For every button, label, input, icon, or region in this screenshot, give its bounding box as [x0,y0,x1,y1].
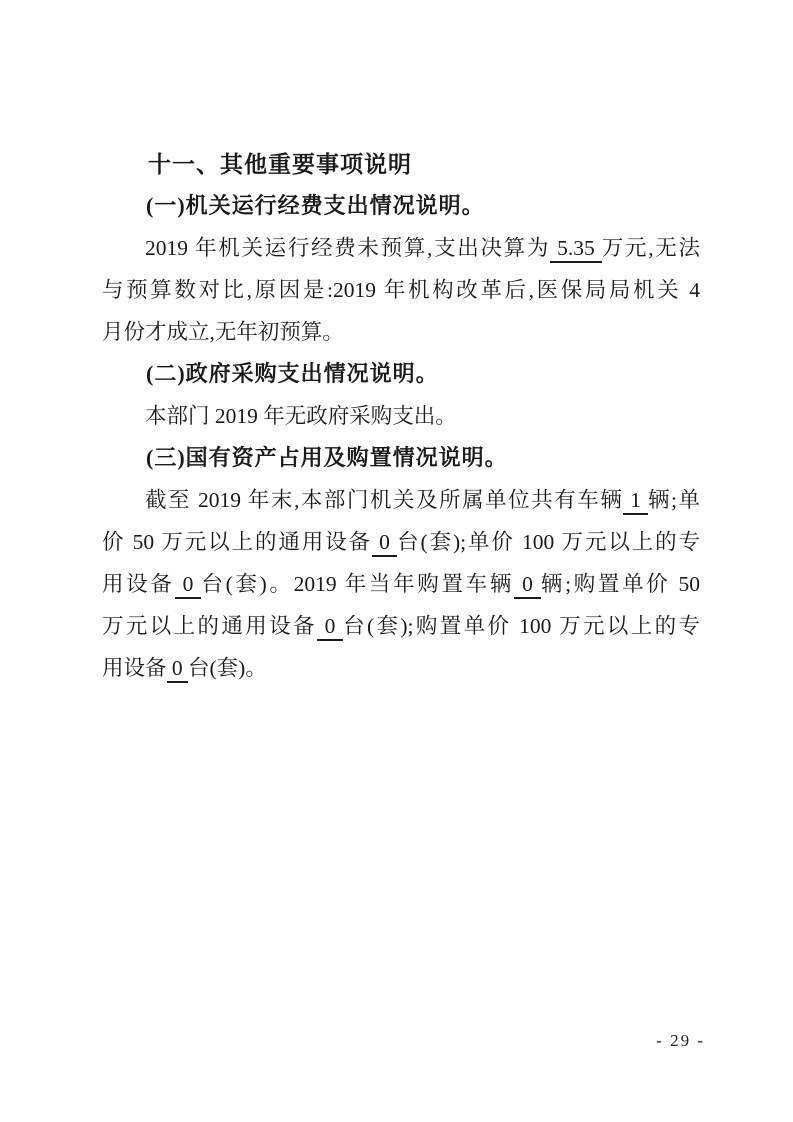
underlined-value-vehicles-owned: 1 [623,488,648,515]
document-title: 十一、其他重要事项说明 [102,143,700,185]
underlined-value-special-equipment-purchased: 0 [167,656,189,683]
text-segment: 用设备 [102,656,167,680]
text-segment: 与预算数对比,原因是:2019 年机构改革后,医保局局机关 4 [102,278,700,302]
text-segment: 台(套);单价 100 万元以上的专 [397,530,700,554]
paragraph-line: 本部门 2019 年无政府采购支出。 [102,395,700,437]
underlined-value-operating-expense: 5.35 [550,236,602,263]
paragraph-line: 截至 2019 年末,本部门机关及所属单位共有车辆 1 辆;单 [102,479,700,521]
underlined-value-special-equipment: 0 [175,572,202,599]
text-segment: 万元,无法 [602,236,700,260]
section-heading-1: (一)机关运行经费支出情况说明。 [102,185,700,227]
text-segment: 台(套)。2019 年当年购置车辆 [201,572,514,596]
paragraph-line: 用设备 0 台(套)。2019 年当年购置车辆 0 辆;购置单价 50 [102,563,700,605]
page-number: - 29 - [656,1031,705,1051]
text-segment: 月份才成立,无年初预算。 [102,320,344,344]
text-segment: 台(套);购置单价 100 万元以上的专 [343,614,700,638]
document-page: 十一、其他重要事项说明 (一)机关运行经费支出情况说明。 2019 年机关运行经… [0,0,793,1122]
section-heading-2: (二)政府采购支出情况说明。 [102,353,700,395]
paragraph-line: 价 50 万元以上的通用设备 0 台(套);单价 100 万元以上的专 [102,521,700,563]
paragraph-line: 万元以上的通用设备 0 台(套);购置单价 100 万元以上的专 [102,605,700,647]
text-segment: 辆;购置单价 50 [541,572,700,596]
paragraph-line: 用设备 0 台(套)。 [102,647,700,689]
text-segment: 辆;单 [648,488,700,512]
underlined-value-general-equipment: 0 [372,530,397,557]
document-content: 十一、其他重要事项说明 (一)机关运行经费支出情况说明。 2019 年机关运行经… [102,143,700,689]
text-segment: 万元以上的通用设备 [102,614,317,638]
text-segment: 台(套)。 [188,656,267,680]
paragraph-line: 月份才成立,无年初预算。 [102,311,700,353]
text-segment: 2019 年机关运行经费未预算,支出决算为 [145,236,550,260]
underlined-value-general-equipment-purchased: 0 [317,614,343,641]
text-segment: 截至 2019 年末,本部门机关及所属单位共有车辆 [145,488,623,512]
paragraph-line: 2019 年机关运行经费未预算,支出决算为 5.35 万元,无法 [102,227,700,269]
paragraph-line: 与预算数对比,原因是:2019 年机构改革后,医保局局机关 4 [102,269,700,311]
section-heading-3: (三)国有资产占用及购置情况说明。 [102,437,700,479]
text-segment: 用设备 [102,572,175,596]
text-segment: 本部门 2019 年无政府采购支出。 [145,404,457,428]
text-segment: 价 50 万元以上的通用设备 [102,530,372,554]
underlined-value-vehicles-purchased: 0 [514,572,541,599]
